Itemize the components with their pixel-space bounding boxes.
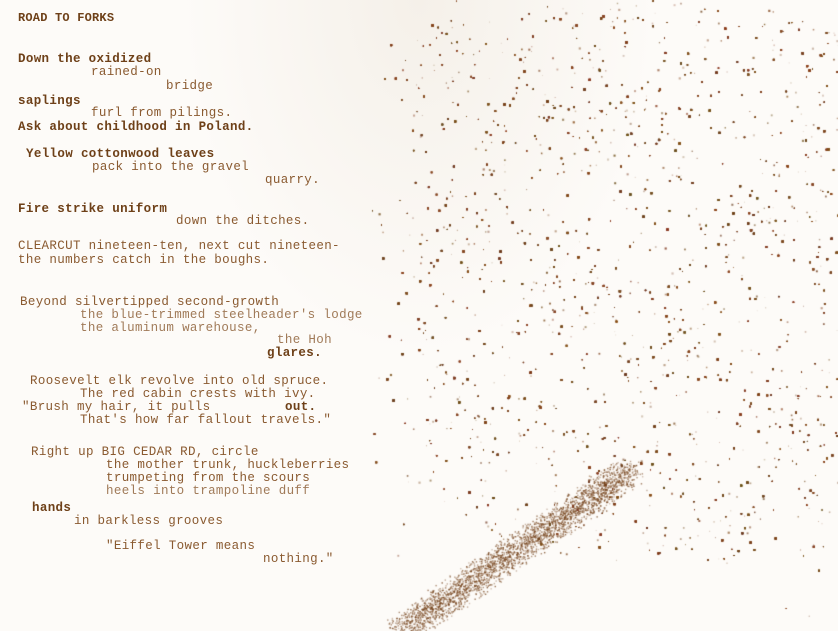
poem-line: bridge — [166, 80, 213, 93]
poem-line: furl from pilings. — [91, 107, 232, 120]
stain-texture — [370, 0, 838, 631]
poem-line: glares. — [267, 347, 322, 360]
poem-line: the numbers catch in the boughs. — [18, 254, 269, 267]
scanned-page: ROAD TO FORKS Down the oxidized rained-o… — [0, 0, 838, 631]
poem-line: hands — [32, 502, 71, 515]
poem-line: down the ditches. — [176, 215, 309, 228]
poem-line: quarry. — [265, 174, 320, 187]
poem-line: in barkless grooves — [74, 515, 223, 528]
poem-line: "Eiffel Tower means — [106, 540, 255, 553]
poem-title: ROAD TO FORKS — [18, 12, 114, 25]
poem-line: heels into trampoline duff — [106, 485, 310, 498]
poem-line: CLEARCUT nineteen-ten, next cut nineteen… — [18, 240, 340, 253]
poem-line: pack into the gravel — [92, 161, 249, 174]
poem-line: Ask about childhood in Poland. — [18, 121, 254, 134]
poem-line: rained-on — [91, 66, 162, 79]
poem-line: Fire strike uniform — [18, 203, 167, 216]
poem-line: nothing." — [263, 553, 334, 566]
poem-line: saplings — [18, 95, 81, 108]
poem-line: That's how far fallout travels." — [80, 414, 331, 427]
poem-line: the aluminum warehouse, — [80, 322, 261, 335]
